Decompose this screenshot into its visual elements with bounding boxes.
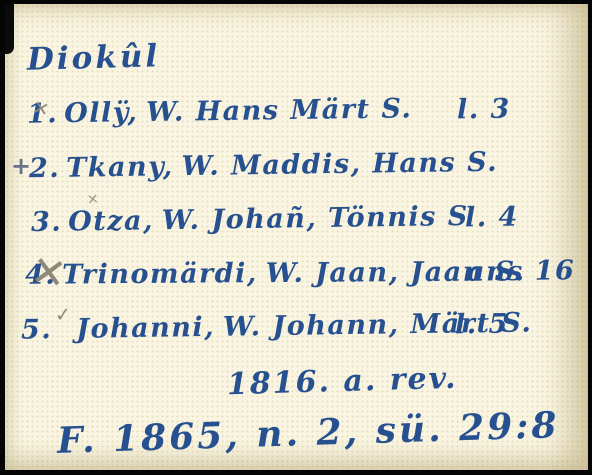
folio-reference-5: l. 5 <box>455 309 509 341</box>
entry-number: 5. <box>21 314 53 345</box>
holder-name: W. Hans Märt S. <box>146 93 412 128</box>
farm-name: Trinomärdi, <box>62 258 258 290</box>
scan-edge-artifact <box>5 4 14 54</box>
folio-reference-3: l. 4 <box>465 202 519 234</box>
holder-name: W. Maddis, Hans S. <box>181 147 498 182</box>
revision-year-note: 1816. a. rev. <box>227 361 458 402</box>
pencil-check-mark-5: ✓ <box>54 303 71 326</box>
entry-line-2: 2.Tkany,W. Maddis, Hans S. <box>29 147 499 185</box>
pencil-mark-3: ✕ <box>86 191 99 208</box>
folio-reference-1: l. 3 <box>457 94 511 126</box>
holder-name: W. Johañ, Tönnis S <box>162 201 469 236</box>
plus-mark-2: + <box>11 152 31 180</box>
farm-name: Otza, <box>68 205 154 237</box>
entry-number: 3. <box>31 207 63 238</box>
entry-number: 2. <box>29 153 61 184</box>
farm-name: Ollÿ, <box>64 97 138 129</box>
index-card: Diokûl 1.Ollÿ,W. Hans Märt S. l. 3 ✕ 2.T… <box>5 4 588 470</box>
farm-name: Johanni, <box>76 312 215 345</box>
archive-reference: F. 1865, n. 2, sü. 29:8 <box>56 404 560 462</box>
pencil-cross-mark-4: ✕ <box>27 246 69 300</box>
folio-reference-4: ans 16 <box>467 255 576 288</box>
farm-name: Tkany, <box>66 151 174 183</box>
scanned-card-image: Diokûl 1.Ollÿ,W. Hans Märt S. l. 3 ✕ 2.T… <box>0 0 592 475</box>
card-title-village-name: Diokûl <box>27 38 161 77</box>
entry-line-1: 1.Ollÿ,W. Hans Märt S. <box>27 93 413 129</box>
entry-line-4: 4.Trinomärdi,W. Jaan, Jaan S. <box>25 256 526 290</box>
